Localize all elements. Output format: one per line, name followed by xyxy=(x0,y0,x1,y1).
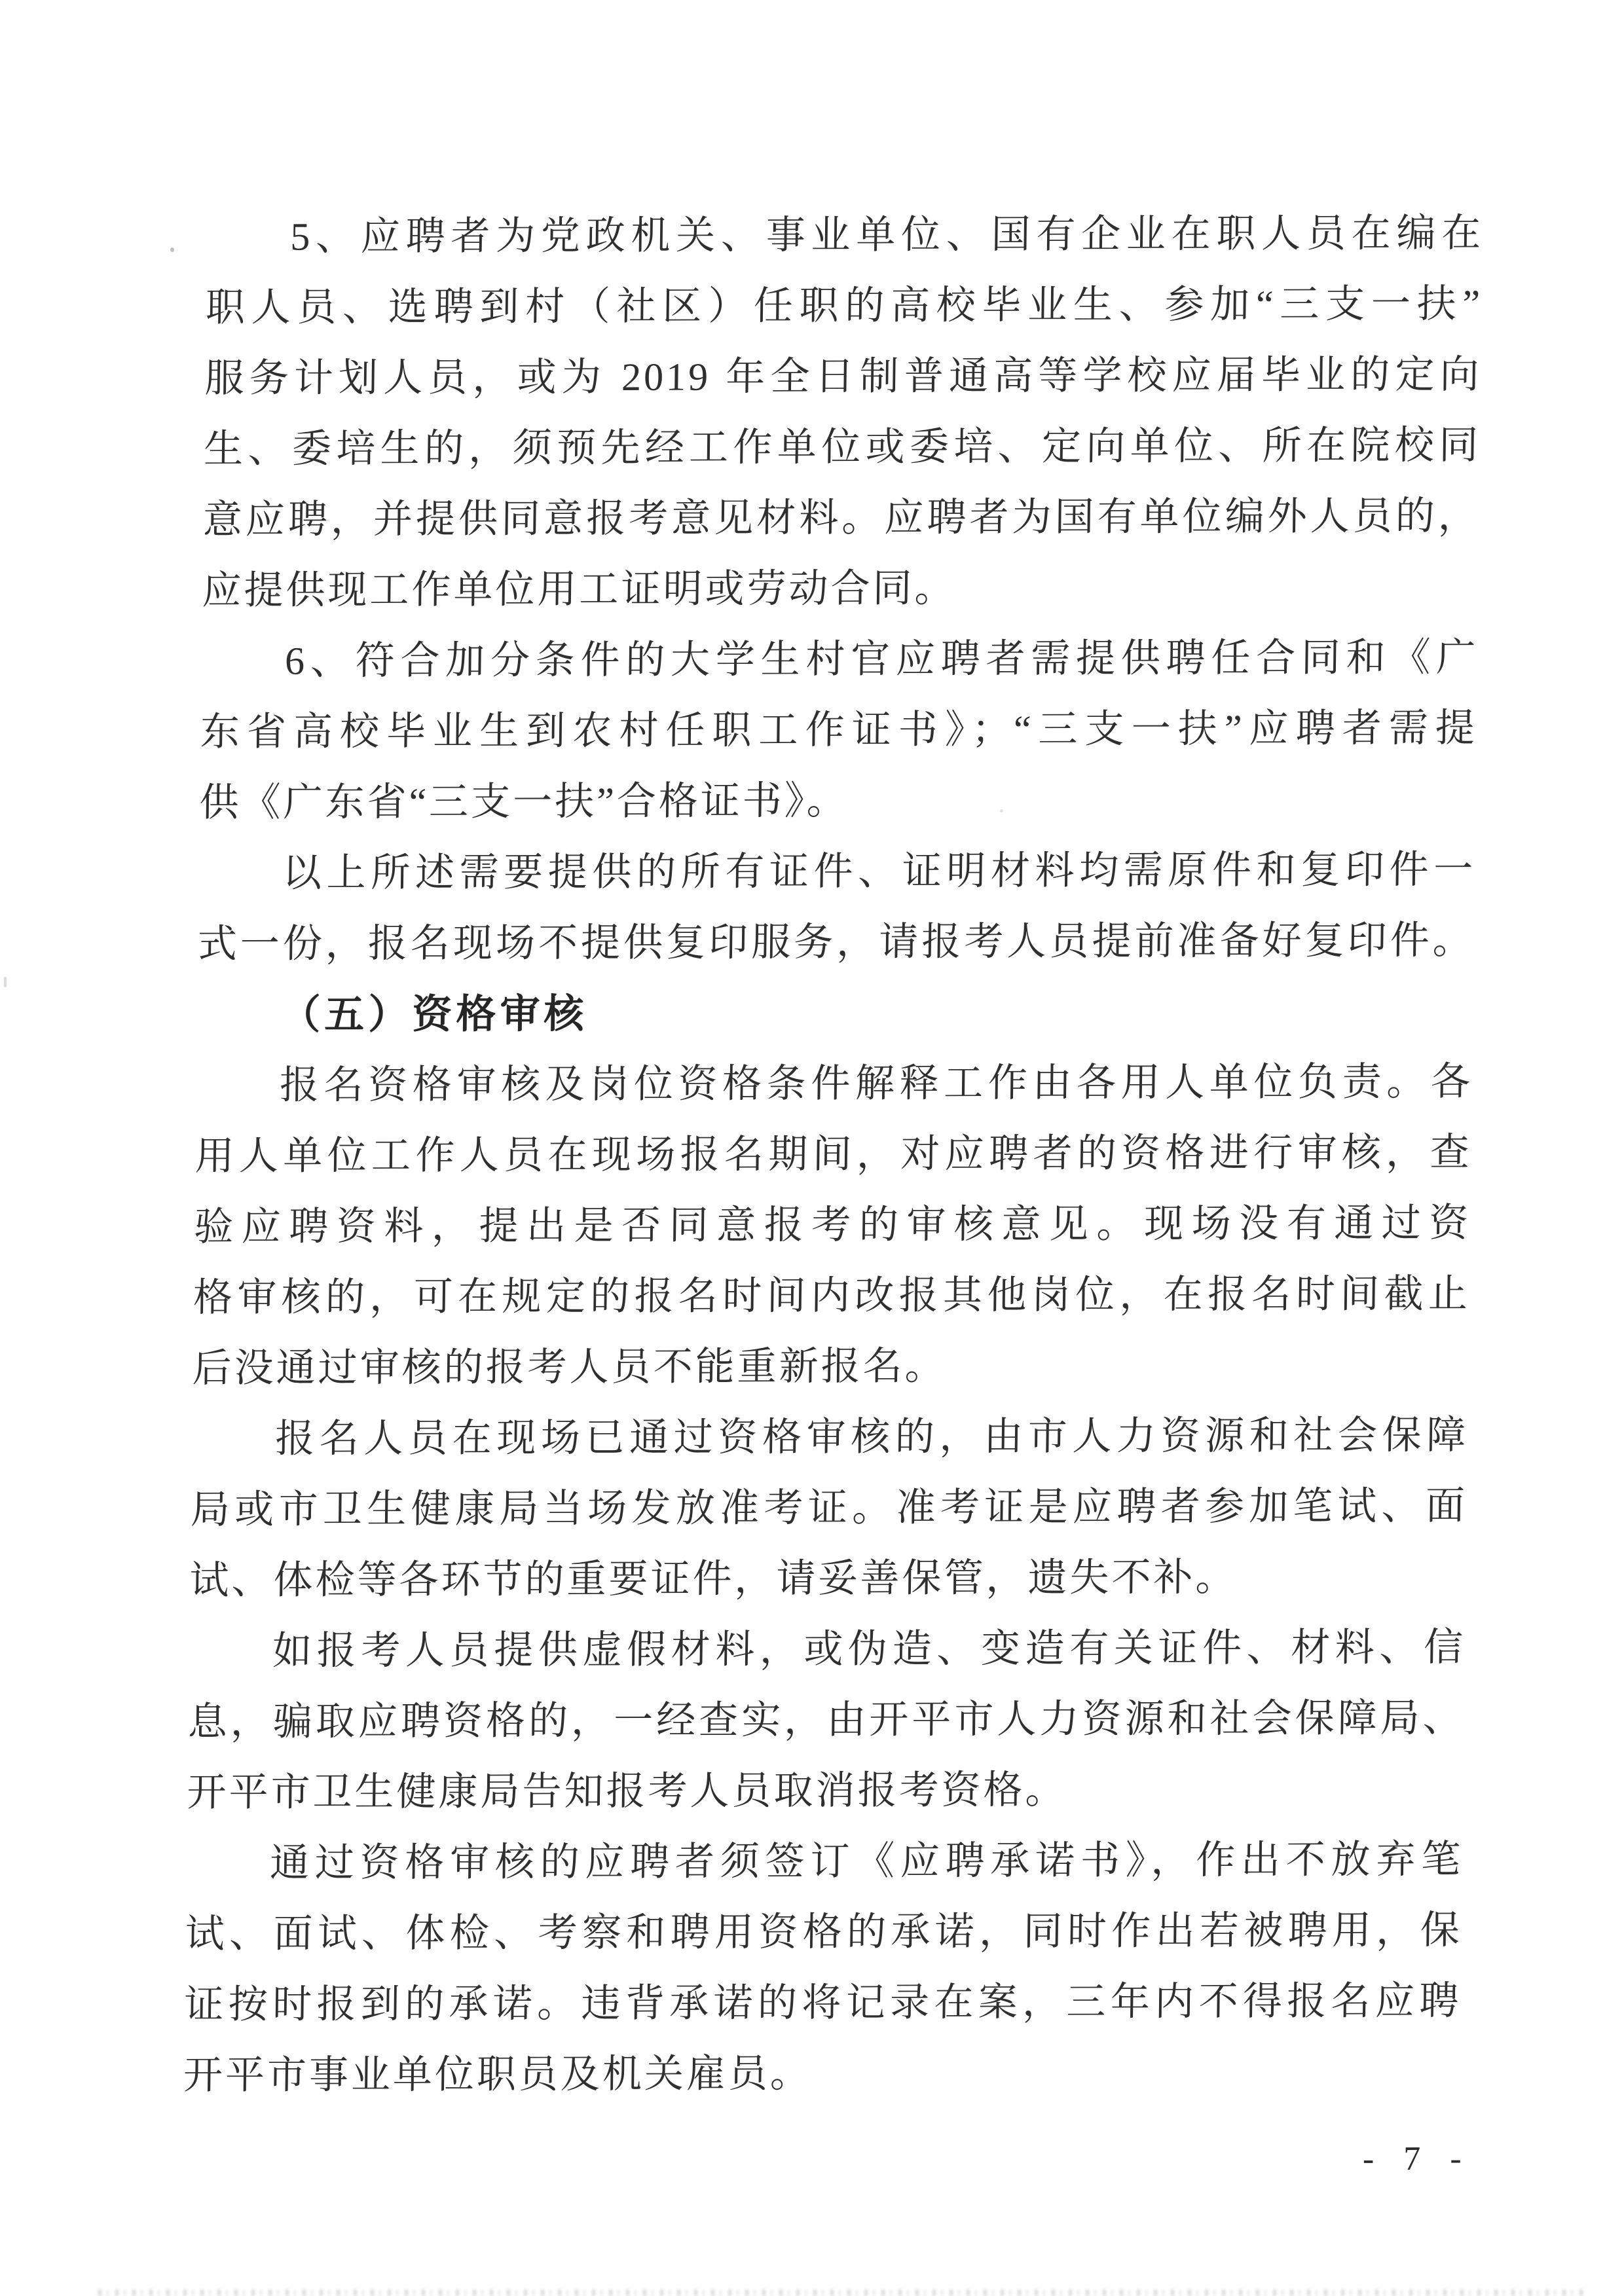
text-line: 用人单位工作人员在现场报名期间，对应聘者的资格进行审核，查 xyxy=(194,1117,1472,1192)
scan-speck xyxy=(4,977,7,987)
text-line: 东省高校毕业生到农村任职工作证书》；“三支一扶”应聘者需提 xyxy=(200,693,1477,767)
text-line: 证按时报到的承诺。违背承诺的将记录在案，三年内不得报名应聘 xyxy=(184,1965,1462,2040)
text-line: 开平市卫生健康局告知报考人员取消报考资格。 xyxy=(187,1753,1464,1828)
scan-speck xyxy=(1000,809,1003,812)
paragraph: 如报考人员提供虚假材料，或伪造、变造有关证件、材料、信息，骗取应聘资格的，一经查… xyxy=(187,1612,1466,1828)
text-line: 开平市事业单位职员及机关雇员。 xyxy=(183,2036,1460,2111)
paragraph: 6、符合加分条件的大学生村官应聘者需提供聘任合同和《广东省高校毕业生到农村任职工… xyxy=(199,622,1479,838)
text-line: 通过资格审核的应聘者须签订《应聘承诺书》，作出不放弃笔 xyxy=(185,1824,1463,1899)
page-number: - 7 - xyxy=(1363,2140,1472,2179)
text-line: 5、应聘者为党政机关、事业单位、国有企业在职人员在编在 xyxy=(206,198,1484,272)
text-line: 式一份，报名现场不提供复印服务，请报考人员提前准备好复印件。 xyxy=(197,905,1475,979)
text-line: （五）资格审核 xyxy=(196,975,1474,1050)
bleed-through-artifact xyxy=(98,2289,1588,2296)
text-line: 供《广东省“三支一扶”合格证书》。 xyxy=(199,763,1477,838)
text-line: 格审核的，可在规定的报名时间内改报其他岗位，在报名时间截止 xyxy=(193,1258,1470,1333)
text-line: 如报考人员提供虚假材料，或伪造、变造有关证件、材料、信 xyxy=(188,1612,1466,1686)
text-line: 以上所述需要提供的所有证件、证明材料均需原件和复印件一 xyxy=(198,834,1475,909)
text-line: 生、委培生的，须预先经工作单位或委培、定向单位、所在院校同 xyxy=(204,410,1481,484)
text-line: 意应聘，并提供同意报考意见材料。应聘者为国有单位编外人员的， xyxy=(202,481,1480,555)
text-line: 试、体检等各环节的重要证件，请妥善保管，遗失不补。 xyxy=(189,1541,1467,1616)
text-line: 局或市卫生健康局当场发放准考证。准考证是应聘者参加笔试、面 xyxy=(190,1470,1467,1545)
section-heading: （五）资格审核 xyxy=(196,975,1474,1050)
paragraph: 以上所述需要提供的所有证件、证明材料均需原件和复印件一式一份，报名现场不提供复印… xyxy=(197,834,1476,979)
text-line: 验应聘资料，提出是否同意报考的审核意见。现场没有通过资 xyxy=(194,1188,1471,1262)
paragraph: 报名人员在现场已通过资格审核的，由市人力资源和社会保障局或市卫生健康局当场发放准… xyxy=(189,1400,1469,1616)
paragraph: 通过资格审核的应聘者须签订《应聘承诺书》，作出不放弃笔试、面试、体检、考察和聘用… xyxy=(183,1824,1463,2111)
scan-speck xyxy=(275,592,278,596)
paragraph: 报名资格审核及岗位资格条件解释工作由各用人单位负责。各用人单位工作人员在现场报名… xyxy=(192,1046,1473,1404)
text-line: 服务计划人员，或为 2019 年全日制普通高等学校应届毕业的定向 xyxy=(204,339,1482,414)
text-line: 职人员、选聘到村（社区）任职的高校毕业生、参加“三支一扶” xyxy=(205,268,1483,343)
text-line: 息，骗取应聘资格的，一经查实，由开平市人力资源和社会保障局、 xyxy=(187,1683,1465,1757)
document-body: 5、应聘者为党政机关、事业单位、国有企业在职人员在编在职人员、选聘到村（社区）任… xyxy=(183,198,1484,2111)
text-line: 后没通过审核的报考人员不能重新报名。 xyxy=(192,1329,1469,1404)
text-line: 报名人员在现场已通过资格审核的，由市人力资源和社会保障 xyxy=(191,1400,1469,1474)
text-line: 6、符合加分条件的大学生村官应聘者需提供聘任合同和《广 xyxy=(200,622,1478,697)
paragraph: 5、应聘者为党政机关、事业单位、国有企业在职人员在编在职人员、选聘到村（社区）任… xyxy=(202,198,1484,626)
scan-speck xyxy=(170,247,174,252)
text-line: 应提供现工作单位用工证明或劳动合同。 xyxy=(202,551,1479,626)
text-line: 报名资格审核及岗位资格条件解释工作由各用人单位负责。各 xyxy=(195,1046,1473,1121)
text-line: 试、面试、体检、考察和聘用资格的承诺，同时作出若被聘用，保 xyxy=(185,1895,1462,1969)
